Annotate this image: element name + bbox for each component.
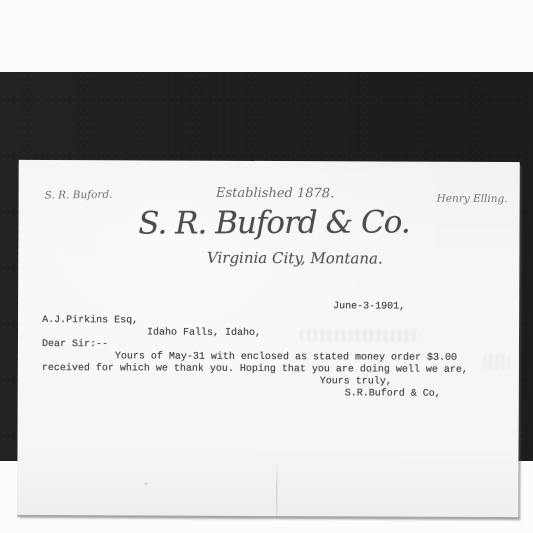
letter-body-line-2: received for which we thank you. Hoping … xyxy=(42,363,468,377)
letter-paper: S. R. Buford. Established 1878. Henry El… xyxy=(17,160,520,517)
letterhead-company-name: S. R. Buford & Co. xyxy=(23,204,524,242)
letter-signature: S.R.Buford & Co, xyxy=(345,388,441,400)
paper-speck xyxy=(144,482,147,484)
ink-bleedthrough-smudge xyxy=(300,329,420,342)
paper-fold-crease xyxy=(276,460,277,516)
letter-addressee-city: Idaho Falls, Idaho, xyxy=(147,327,261,339)
scanner-background: S. R. Buford. Established 1878. Henry El… xyxy=(0,0,533,533)
letter-closing: Yours truly, xyxy=(320,376,392,388)
ink-bleedthrough-smudge xyxy=(484,354,510,370)
letter-addressee: A.J.Pirkins Esq, xyxy=(42,315,138,327)
letterhead-location: Virginia City, Montana. xyxy=(44,248,533,268)
letter-salutation: Dear Sir:-- xyxy=(42,339,108,351)
photo-black-mat: S. R. Buford. Established 1878. Henry El… xyxy=(0,72,533,461)
letter-date: June-3-1901, xyxy=(333,301,405,313)
